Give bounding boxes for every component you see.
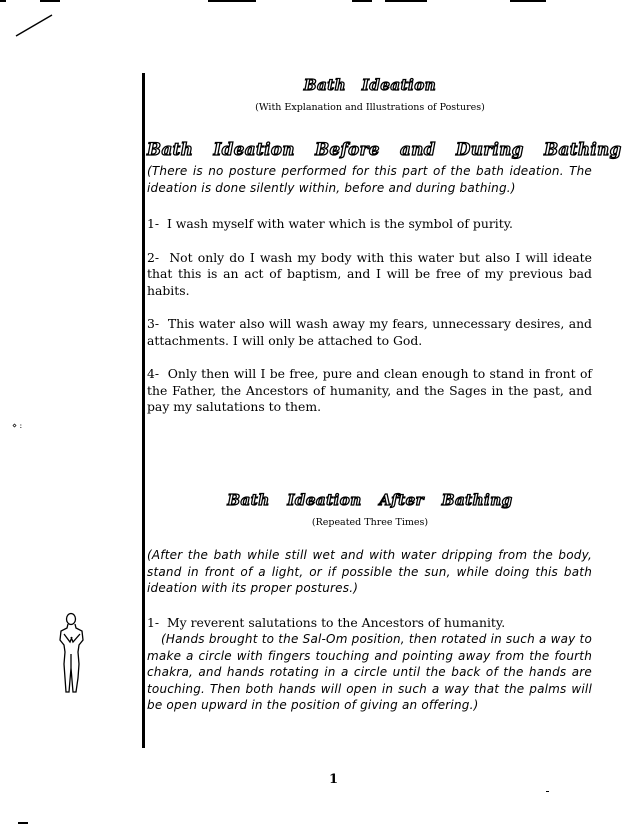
section-heading-after: Bath Ideation After Bathing xyxy=(200,491,540,509)
list-item: 1- My reverent salutations to the Ancest… xyxy=(147,615,592,632)
item-number: 4- xyxy=(147,366,159,381)
page-title: Bath Ideation xyxy=(250,76,490,94)
section-after: (After the bath while still wet and with… xyxy=(147,547,592,714)
page-subtitle: (With Explanation and Illustrations of P… xyxy=(200,102,540,113)
standing-figure-hands-at-chest-icon xyxy=(54,612,90,696)
margin-rule xyxy=(142,73,145,748)
section-note: (After the bath while still wet and with… xyxy=(147,547,592,597)
section-before-during: (There is no posture performed for this … xyxy=(147,163,592,416)
section-subheading: (Repeated Three Times) xyxy=(220,517,520,528)
item-text: Not only do I wash my body with this wat… xyxy=(147,250,592,298)
page-number: 1 xyxy=(329,772,338,787)
item-text: My reverent salutations to the Ancestors… xyxy=(167,615,505,630)
item-text: This water also will wash away my fears,… xyxy=(147,316,592,348)
scan-artifact-bottom xyxy=(18,822,28,824)
stray-dots: ⋄ : xyxy=(12,421,22,430)
item-number: 2- xyxy=(147,250,159,265)
item-number: 1- xyxy=(147,216,159,231)
section-heading-before-during: Bath Ideation Before and During Bathing xyxy=(147,140,592,159)
list-item: 4- Only then will I be free, pure and cl… xyxy=(147,366,592,416)
item-text: I wash myself with water which is the sy… xyxy=(167,216,513,231)
list-item: 3- This water also will wash away my fea… xyxy=(147,316,592,349)
item-number: 1- xyxy=(147,615,159,630)
item-number: 3- xyxy=(147,316,159,331)
scan-artifact-dash xyxy=(546,791,549,792)
pen-stroke-mark xyxy=(14,12,54,38)
section-note: (There is no posture performed for this … xyxy=(147,163,592,196)
list-item: 1- I wash myself with water which is the… xyxy=(147,216,592,233)
item-text: Only then will I be free, pure and clean… xyxy=(147,366,592,414)
posture-description: (Hands brought to the Sal-Om position, t… xyxy=(147,631,592,714)
list-item: 2- Not only do I wash my body with this … xyxy=(147,250,592,300)
